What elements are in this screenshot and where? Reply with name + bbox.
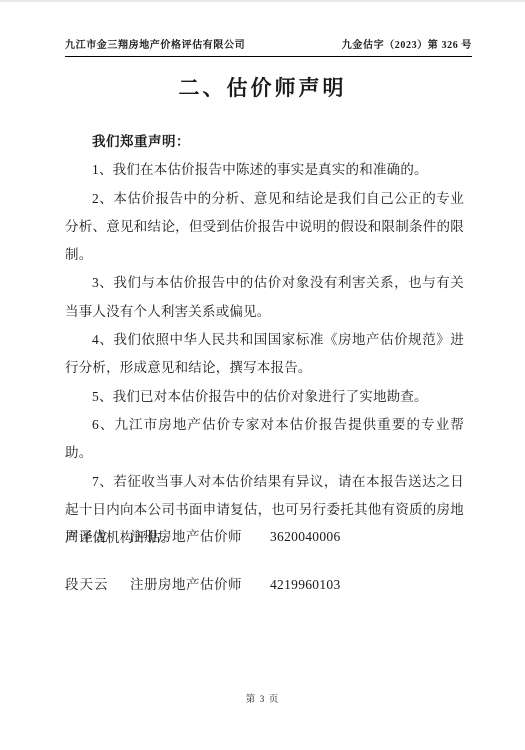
appraiser-name: 段天云: [65, 572, 130, 598]
declaration-item-5: 5、我们已对本估价报告中的估价对象进行了实地勘查。: [65, 383, 464, 411]
signature-block: 周圣龙 注册房地产估价师 3620040006 段天云 注册房地产估价师 421…: [65, 524, 464, 598]
appraiser-license-number: 4219960103: [270, 572, 341, 598]
signature-row: 周圣龙 注册房地产估价师 3620040006: [65, 524, 464, 550]
header-doc-number: 九金估字（2023）第 326 号: [342, 36, 472, 51]
signature-row: 段天云 注册房地产估价师 4219960103: [65, 572, 464, 598]
document-header: 九江市金三翔房地产价格评估有限公司 九金估字（2023）第 326 号: [65, 36, 472, 57]
declaration-heading: 我们郑重声明：: [65, 128, 464, 156]
appraiser-name: 周圣龙: [65, 524, 130, 550]
declaration-item-3: 3、我们与本估价报告中的估价对象没有利害关系，也与有关当事人没有个人利害关系或偏…: [65, 269, 464, 326]
page-edge-divider: [0, 0, 525, 2]
page-number: 第 3 页: [0, 691, 525, 705]
page-title: 二、估价师声明: [0, 72, 525, 102]
declaration-item-2: 2、本估价报告中的分析、意见和结论是我们自己公正的专业分析、意见和结论，但受到估…: [65, 185, 464, 270]
appraiser-title: 注册房地产估价师: [130, 524, 270, 550]
appraiser-title: 注册房地产估价师: [130, 572, 270, 598]
declaration-item-1: 1、我们在本估价报告中陈述的事实是真实的和准确的。: [65, 156, 464, 184]
declaration-item-6: 6、九江市房地产估价专家对本估价报告提供重要的专业帮助。: [65, 411, 464, 468]
appraiser-license-number: 3620040006: [270, 524, 341, 550]
declaration-item-4: 4、我们依照中华人民共和国国家标准《房地产估价规范》进行分析，形成意见和结论，撰…: [65, 326, 464, 383]
header-company-name: 九江市金三翔房地产价格评估有限公司: [65, 36, 245, 51]
declaration-body: 我们郑重声明： 1、我们在本估价报告中陈述的事实是真实的和准确的。 2、本估价报…: [65, 128, 464, 552]
document-page: 九江市金三翔房地产价格评估有限公司 九金估字（2023）第 326 号 二、估价…: [0, 0, 525, 750]
